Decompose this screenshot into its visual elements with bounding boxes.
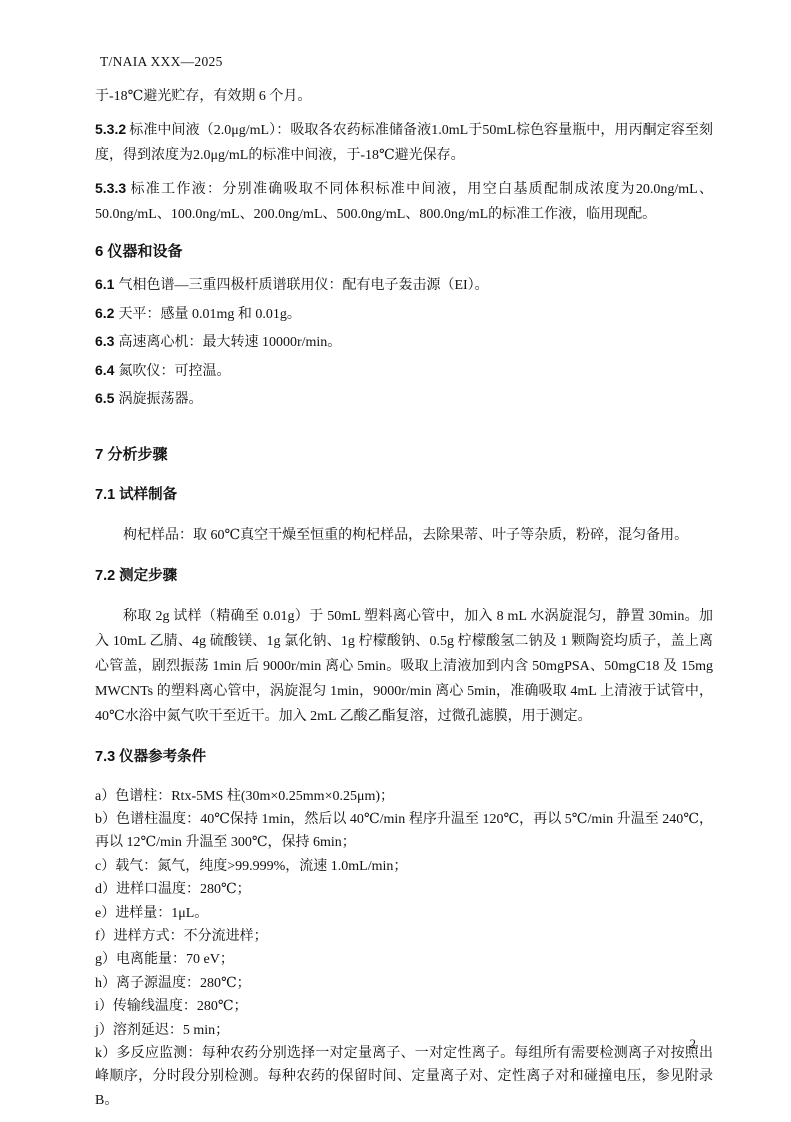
clause-text: 气相色谱—三重四极杆质谱联用仪：配有电子轰击源（EI）。	[118, 278, 488, 293]
section-6-heading: 6 仪器和设备	[95, 241, 713, 262]
clause-number: 5.3.2	[95, 121, 126, 137]
document-body: 于-18℃避光贮存，有效期 6 个月。 5.3.2标准中间液（2.0μg/mL）…	[95, 84, 713, 1112]
clause-6-1: 6.1气相色谱—三重四极杆质谱联用仪：配有电子轰击源（EI）。	[95, 273, 713, 298]
condition-item-k: k）多反应监测：每种农药分别选择一对定量离子、一对定性离子。每组所有需要检测离子…	[95, 1042, 713, 1112]
clause-number: 6.1	[95, 276, 114, 292]
condition-item-h: h）离子源温度：280℃；	[95, 972, 713, 995]
section-7-1-heading: 7.1 试样制备	[95, 485, 713, 505]
clause-number: 6.4	[95, 362, 114, 378]
clause-5-3-3: 5.3.3标准工作液：分别准确吸取不同体积标准中间液，用空白基质配制成浓度为20…	[95, 176, 713, 227]
clause-text: 标准中间液（2.0μg/mL）：吸取各农药标准储备液1.0mL于50mL棕色容量…	[95, 123, 713, 163]
section-7-2-heading: 7.2 测定步骤	[95, 566, 713, 586]
clause-number: 5.3.3	[95, 180, 126, 196]
clause-number: 6.3	[95, 333, 114, 349]
condition-item-b: b）色谱柱温度：40℃保持 1min，然后以 40℃/min 程序升温至 120…	[95, 808, 713, 855]
condition-item-d: d）进样口温度：280℃；	[95, 878, 713, 901]
section-7-3-heading: 7.3 仪器参考条件	[95, 747, 713, 767]
section-7-heading: 7 分析步骤	[95, 444, 713, 465]
document-header: T/NAIA XXX—2025	[100, 54, 223, 70]
page-number: 2	[690, 1036, 697, 1052]
clause-text: 标准工作液：分别准确吸取不同体积标准中间液，用空白基质配制成浓度为20.0ng/…	[95, 182, 713, 222]
paragraph-sample-prep: 枸杞样品：取 60℃真空干燥至恒重的枸杞样品，去除果蒂、叶子等杂质，粉碎，混匀备…	[95, 523, 713, 548]
clause-6-2: 6.2天平：感量 0.01mg 和 0.01g。	[95, 302, 713, 327]
condition-item-i: i）传输线温度：280℃；	[95, 995, 713, 1018]
clause-text: 天平：感量 0.01mg 和 0.01g。	[118, 307, 300, 322]
paragraph-storage-note: 于-18℃避光贮存，有效期 6 个月。	[95, 84, 713, 109]
clause-text: 涡旋振荡器。	[118, 392, 202, 407]
clause-6-3: 6.3高速离心机：最大转速 10000r/min。	[95, 330, 713, 355]
condition-item-g: g）电离能量：70 eV；	[95, 948, 713, 971]
clause-number: 6.2	[95, 305, 114, 321]
clause-text: 氮吹仪：可控温。	[118, 364, 230, 379]
paragraph-procedure: 称取 2g 试样（精确至 0.01g）于 50mL 塑料离心管中，加入 8 mL…	[95, 604, 713, 729]
clause-5-3-2: 5.3.2标准中间液（2.0μg/mL）：吸取各农药标准储备液1.0mL于50m…	[95, 117, 713, 168]
clause-text: 高速离心机：最大转速 10000r/min。	[118, 335, 341, 350]
document-page: T/NAIA XXX—2025 于-18℃避光贮存，有效期 6 个月。 5.3.…	[0, 0, 791, 1122]
condition-item-j: j）溶剂延迟：5 min；	[95, 1019, 713, 1042]
condition-item-e: e）进样量：1μL。	[95, 902, 713, 925]
clause-6-4: 6.4氮吹仪：可控温。	[95, 359, 713, 384]
clause-number: 6.5	[95, 390, 114, 406]
condition-item-c: c）载气：氮气，纯度>99.999%，流速 1.0mL/min；	[95, 855, 713, 878]
clause-6-5: 6.5涡旋振荡器。	[95, 387, 713, 412]
condition-item-f: f）进样方式：不分流进样；	[95, 925, 713, 948]
condition-item-a: a）色谱柱：Rtx-5MS 柱(30m×0.25mm×0.25μm)；	[95, 785, 713, 808]
